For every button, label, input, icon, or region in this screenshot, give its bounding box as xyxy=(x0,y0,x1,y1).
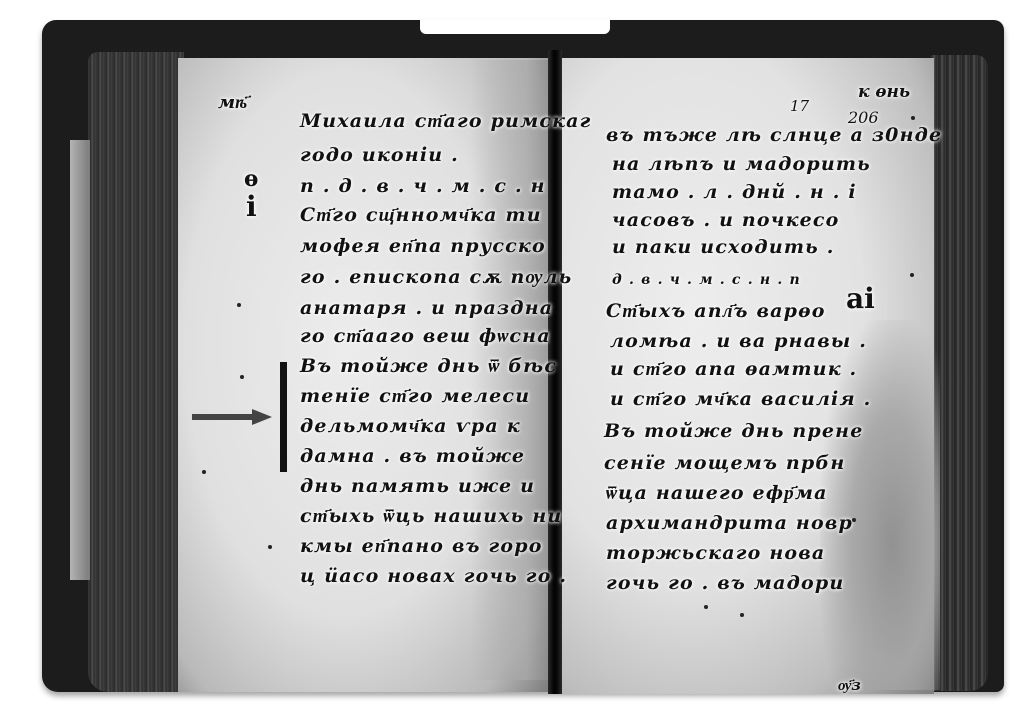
left-line-12: дамна . въ тойже xyxy=(300,445,525,467)
ink-speck xyxy=(852,518,856,522)
right-line-15: торжьскаго нова xyxy=(606,542,825,564)
right-line-8: ломѣа . и ва рнавы . xyxy=(610,330,867,352)
right-line-1: въ тъже лѣ слнце а з0нде xyxy=(606,124,942,146)
ink-speck xyxy=(268,545,272,549)
right-line-11: Въ тойже днь прене xyxy=(604,420,864,442)
right-corner-folio: к ѳнь xyxy=(858,82,910,102)
left-margin-numeral-mark: ѳ xyxy=(244,166,258,192)
right-line-3: тамо . л . днй . н . і xyxy=(612,181,857,203)
right-line-14: архимандрита новр xyxy=(606,512,853,534)
left-margin-numeral: і xyxy=(246,190,257,223)
manuscript-photo: мѣ҃ ѳ і Михаила ст҃аго римскаг годо икон… xyxy=(0,0,1024,724)
ink-speck xyxy=(237,303,241,307)
left-page-edge-highlight xyxy=(70,140,90,580)
left-line-6: го . епископа сѫ пѹль xyxy=(300,266,572,289)
ink-speck xyxy=(704,605,708,609)
left-line-14: ст҃ыхь ѿць нашихь ни xyxy=(300,505,562,528)
ink-speck xyxy=(740,613,744,617)
ink-speck xyxy=(202,470,206,474)
right-arrow-icon xyxy=(192,409,272,425)
left-line-15: кмы еп҃пано въ горо xyxy=(300,535,543,558)
left-line-10: тенїе ст҃го мелеси xyxy=(300,385,530,408)
left-line-4: Ст҃го сщ҃нномч҃ка ти xyxy=(300,204,542,227)
right-line-7: Ст҃ыхъ апл҃ъ варѳо xyxy=(606,300,826,323)
ink-speck xyxy=(911,116,915,120)
left-line-8: го ст҃ааго веш фѡсна xyxy=(300,325,551,348)
margin-vertical-bar xyxy=(280,362,287,472)
left-line-1: Михаила ст҃аго римскаг xyxy=(300,110,592,133)
right-line-10: и ст҃го мч҃ка василія . xyxy=(610,388,871,411)
binding-top-gap xyxy=(420,20,610,34)
left-line-11: дельмомч҃ка ѵра к xyxy=(300,415,521,438)
right-bottom-folio: ѹ҃з xyxy=(838,676,861,695)
right-line-16: гочь го . въ мадори xyxy=(606,572,844,594)
right-line-4: часовъ . и почкесо xyxy=(612,209,840,231)
right-line-13: ѿца нашего ефр҃ма xyxy=(606,482,828,505)
left-line-2: годо иконіи . xyxy=(300,144,459,166)
left-line-3: п . д . в . ч . м . с . н xyxy=(300,175,546,197)
left-line-5: мофея еп҃па прусско xyxy=(300,235,546,258)
left-line-9: Въ тойже днь ѿ бѣс xyxy=(300,355,557,378)
right-line-12: сенїе мощемъ прбн xyxy=(604,452,845,474)
left-line-13: днь память иже и xyxy=(300,475,535,497)
right-line-6: д . в . ч . м . с . н . п xyxy=(612,272,801,288)
ink-speck xyxy=(910,273,914,277)
right-margin-numeral: аі xyxy=(846,282,875,315)
left-line-7: анатаря . и праздна xyxy=(300,297,553,319)
left-line-16: ц ӥасо новах гочь го . xyxy=(300,565,567,587)
right-line-5: и паки исходить . xyxy=(612,236,835,258)
ink-speck xyxy=(240,375,244,379)
right-line-2: на лѣпъ и мадорить xyxy=(612,153,871,175)
left-corner-folio: мѣ҃ xyxy=(218,92,247,113)
left-page-stack xyxy=(88,52,184,692)
right-line-9: и ст҃го апа ѳамтик . xyxy=(610,358,857,381)
right-folio-mark: 17 xyxy=(790,97,809,115)
